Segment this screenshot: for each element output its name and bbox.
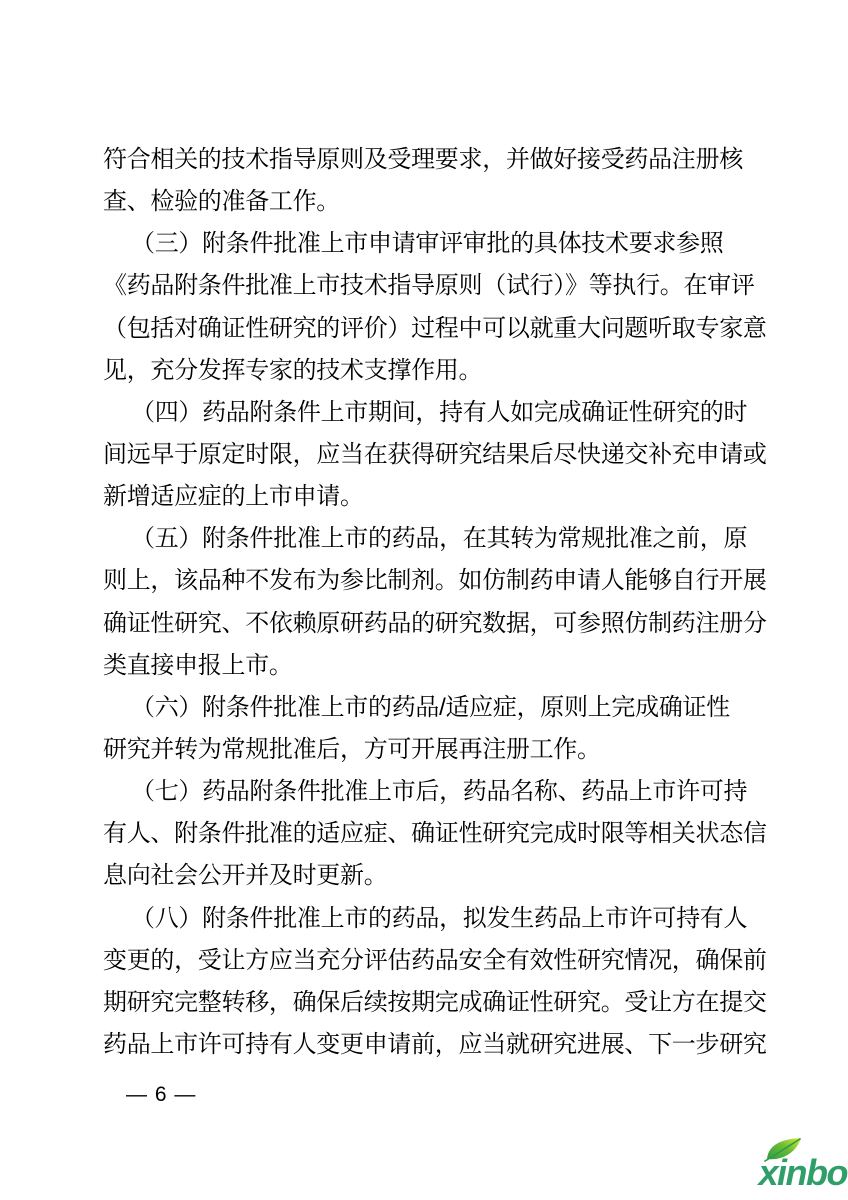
text-line: 息向社会公开并及时更新。	[103, 855, 748, 897]
brand-logo: xinbo	[752, 1136, 848, 1188]
text-line: 《药品附条件批准上市技术指导原则（试行）》等执行。在审评	[103, 265, 748, 307]
text-line: 变更的，受让方应当充分评估药品安全有效性研究情况，确保前	[103, 940, 748, 982]
text-line: （包括对确证性研究的评价）过程中可以就重大问题听取专家意	[103, 308, 748, 350]
text-line: 间远早于原定时限，应当在获得研究结果后尽快递交补充申请或	[103, 434, 748, 476]
text-line: 确证性研究、不依赖原研药品的研究数据，可参照仿制药注册分	[103, 603, 748, 645]
text-line: 药品上市许可持有人变更申请前，应当就研究进展、下一步研究	[103, 1024, 748, 1066]
text-line: 期研究完整转移，确保后续按期完成确证性研究。受让方在提交	[103, 982, 748, 1024]
page-number: — 6 —	[126, 1083, 196, 1107]
text-line: 研究并转为常规批准后，方可开展再注册工作。	[103, 729, 748, 771]
document-text: 符合相关的技术指导原则及受理要求，并做好接受药品注册核 查、检验的准备工作。 （…	[103, 139, 748, 1066]
text-line: （五）附条件批准上市的药品，在其转为常规批准之前，原	[103, 518, 748, 560]
text-line: 符合相关的技术指导原则及受理要求，并做好接受药品注册核	[103, 139, 748, 181]
text-line: 类直接申报上市。	[103, 645, 748, 687]
text-line: 则上，该品种不发布为参比制剂。如仿制药申请人能够自行开展	[103, 560, 748, 602]
text-line: （六）附条件批准上市的药品/适应症，原则上完成确证性	[103, 687, 748, 729]
text-line: （七）药品附条件批准上市后，药品名称、药品上市许可持	[103, 771, 748, 813]
text-line: （四）药品附条件上市期间，持有人如完成确证性研究的时	[103, 392, 748, 434]
document-page: 符合相关的技术指导原则及受理要求，并做好接受药品注册核 查、检验的准备工作。 （…	[0, 0, 848, 1200]
text-line: 新增适应症的上市申请。	[103, 476, 748, 518]
text-line: 见，充分发挥专家的技术支撑作用。	[103, 350, 748, 392]
logo-text: xinbo	[759, 1158, 848, 1188]
text-line: 查、检验的准备工作。	[103, 181, 748, 223]
text-line: （三）附条件批准上市申请审评审批的具体技术要求参照	[103, 223, 748, 265]
text-line: 有人、附条件批准的适应症、确证性研究完成时限等相关状态信	[103, 813, 748, 855]
text-line: （八）附条件批准上市的药品，拟发生药品上市许可持有人	[103, 898, 748, 940]
